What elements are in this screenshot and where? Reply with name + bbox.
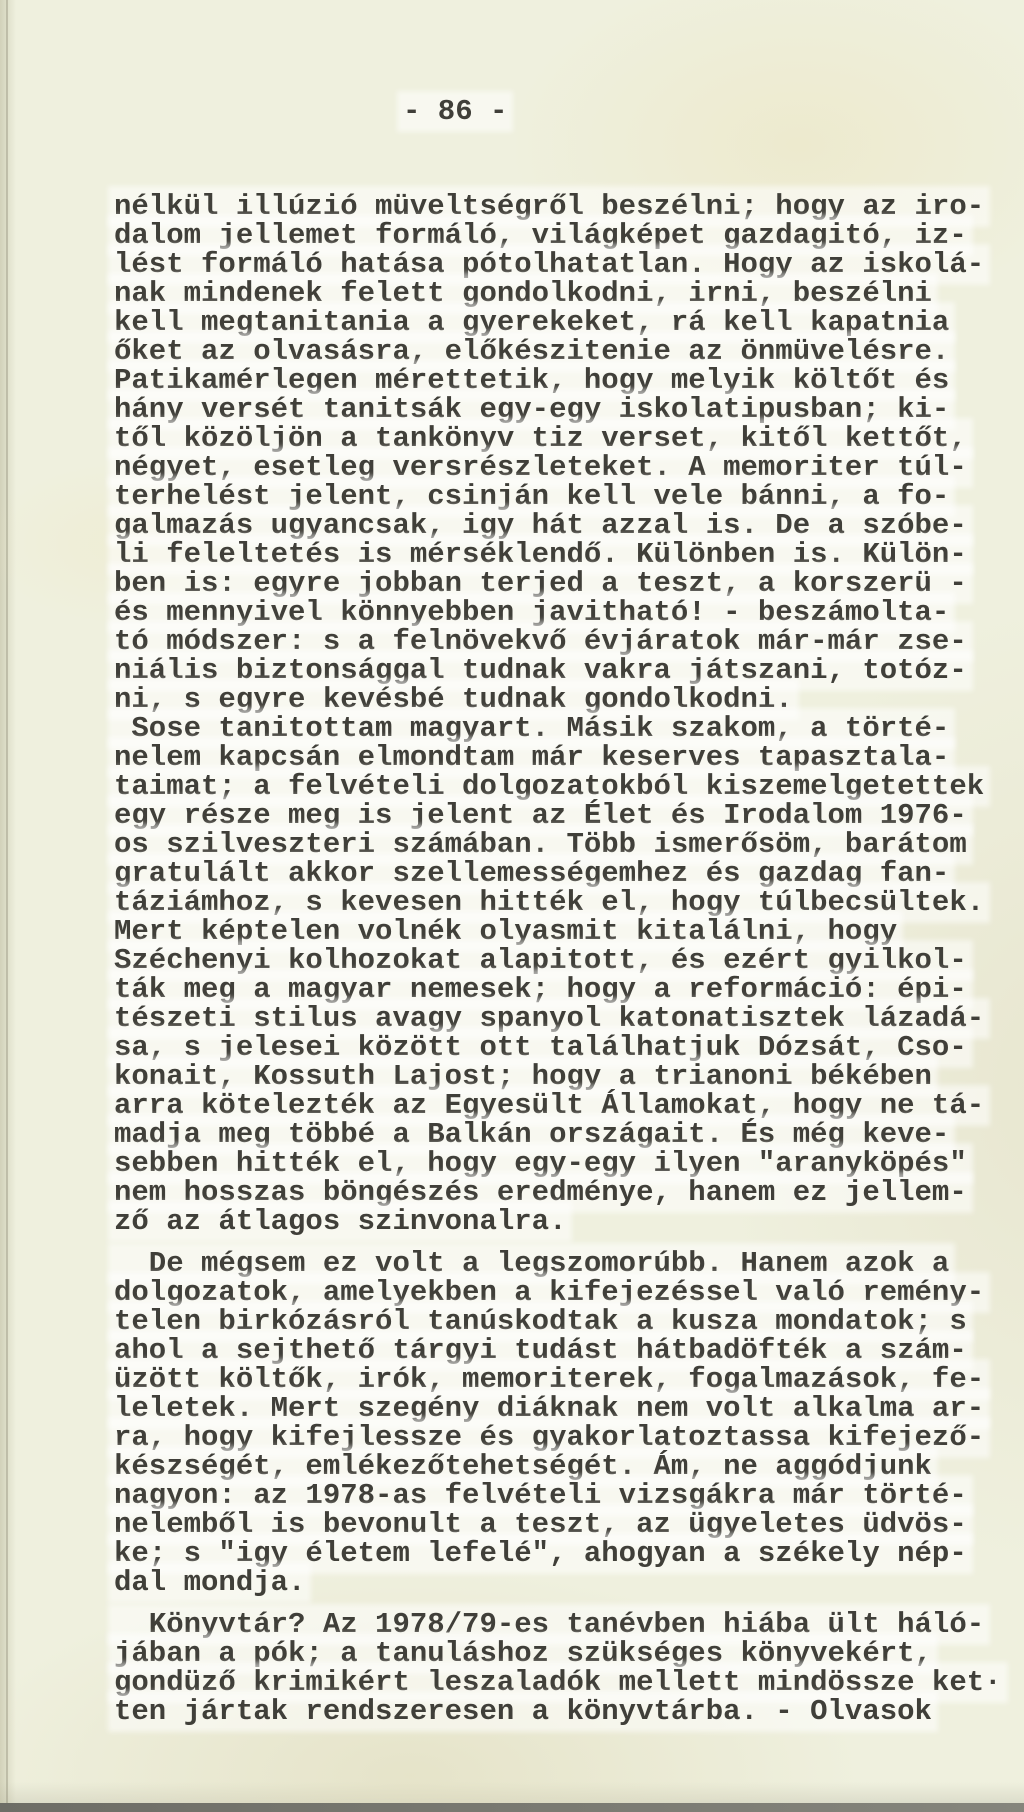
- text-line: nak mindenek felett gondolkodni, irni, b…: [112, 279, 1004, 308]
- text-line: madja meg többé a Balkán országait. És m…: [112, 1120, 1004, 1149]
- text-line: dalom jellemet formáló, világképet gazda…: [112, 221, 1004, 250]
- text-line-content: ten jártak rendszeresen a könyvtárba. - …: [112, 1695, 934, 1728]
- text-line: Mert képtelen volnék olyasmit kitalálni,…: [112, 917, 1004, 946]
- text-line: gratulált akkor szellemességemhez és gaz…: [112, 859, 1004, 888]
- paragraph: De mégsem ez volt a legszomorúbb. Hanem …: [112, 1249, 1004, 1597]
- text-line: taimat; a felvételi dolgozatokból kiszem…: [112, 772, 1004, 801]
- text-line: ra, hogy kifejlessze és gyakorlatoztassa…: [112, 1423, 1004, 1452]
- text-line: dal mondja.: [112, 1568, 1004, 1597]
- text-line: négyet, esetleg versrészleteket. A memor…: [112, 453, 1004, 482]
- text-line: ták meg a magyar nemesek; hogy a reformá…: [112, 975, 1004, 1004]
- text-line: től közöljön a tankönyv tiz verset, kitő…: [112, 424, 1004, 453]
- text-line: galmazás ugyancsak, igy hát azzal is. De…: [112, 511, 1004, 540]
- text-line: li feleltetés is mérséklendő. Különben i…: [112, 540, 1004, 569]
- text-line: egy része meg is jelent az Élet és Iroda…: [112, 801, 1004, 830]
- text-line: nagyon: az 1978-as felvételi vizsgákra m…: [112, 1481, 1004, 1510]
- text-line: De mégsem ez volt a legszomorúbb. Hanem …: [112, 1249, 1004, 1278]
- text-line: nelem kapcsán elmondtam már keserves tap…: [112, 743, 1004, 772]
- text-line: ni, s egyre kevésbé tudnak gondolkodni.: [112, 685, 1004, 714]
- text-line: hány versét tanitsák egy-egy iskolatipus…: [112, 395, 1004, 424]
- text-line: tészeti stilus avagy spanyol katonatiszt…: [112, 1004, 1004, 1033]
- page-number-label: - 86 -: [401, 95, 509, 128]
- text-line: gondüző krimikért leszaladók mellett min…: [112, 1668, 1004, 1697]
- text-line: Patikamérlegen mérettetik, hogy melyik k…: [112, 366, 1004, 395]
- text-line: őket az olvasásra, előkészitenie az önmü…: [112, 337, 1004, 366]
- text-line: nem hosszas böngészés eredménye, hanem e…: [112, 1178, 1004, 1207]
- text-line: arra kötelezték az Egyesült Államokat, h…: [112, 1091, 1004, 1120]
- text-line: lést formáló hatása pótolhatatlan. Hogy …: [112, 250, 1004, 279]
- text-line: ben is: egyre jobban terjed a teszt, a k…: [112, 569, 1004, 598]
- text-line: Sose tanitottam magyart. Másik szakom, a…: [112, 714, 1004, 743]
- text-line: ahol a sejthető tárgyi tudást hátbadöfté…: [112, 1336, 1004, 1365]
- text-line: konait, Kossuth Lajost; hogy a trianoni …: [112, 1062, 1004, 1091]
- paragraph: Könyvtár? Az 1978/79-es tanévben hiába ü…: [112, 1610, 1004, 1726]
- text-line: sebben hitték el, hogy egy-egy ilyen "ar…: [112, 1149, 1004, 1178]
- text-line: jában a pók; a tanuláshoz szükséges köny…: [112, 1639, 1004, 1668]
- text-line: sa, s jelesei között ott találhatjuk Dóz…: [112, 1033, 1004, 1062]
- text-line: ző az átlagos szinvonalra.: [112, 1207, 1004, 1236]
- scanned-page: - 86 - nélkül illúzió müveltségről beszé…: [0, 0, 1024, 1812]
- text-line: tó módszer: s a felnövekvő évjáratok már…: [112, 627, 1004, 656]
- text-line: nélkül illúzió müveltségről beszélni; ho…: [112, 192, 1004, 221]
- text-line: készségét, emlékezőtehetségét. Ám, ne ag…: [112, 1452, 1004, 1481]
- text-line: ke; s "igy életem lefelé", ahogyan a szé…: [112, 1539, 1004, 1568]
- text-line-content: ző az átlagos szinvonalra.: [112, 1205, 568, 1238]
- page-number: - 86 -: [401, 97, 509, 126]
- text-line: leletek. Mert szegény diáknak nem volt a…: [112, 1394, 1004, 1423]
- text-line: terhelést jelent, csinján kell vele bánn…: [112, 482, 1004, 511]
- body-text: nélkül illúzió müveltségről beszélni; ho…: [112, 192, 1004, 1726]
- text-line: ten jártak rendszeresen a könyvtárba. - …: [112, 1697, 1004, 1726]
- text-line: nelemből is bevonult a teszt, az ügyelet…: [112, 1510, 1004, 1539]
- paragraph: nélkül illúzió müveltségről beszélni; ho…: [112, 192, 1004, 1236]
- text-line: és mennyivel könnyebben javitható! - bes…: [112, 598, 1004, 627]
- text-line: Széchenyi kolhozokat alapitott, és ezért…: [112, 946, 1004, 975]
- text-line: Könyvtár? Az 1978/79-es tanévben hiába ü…: [112, 1610, 1004, 1639]
- text-line: táziámhoz, s kevesen hitték el, hogy túl…: [112, 888, 1004, 917]
- text-line: dolgozatok, amelyekben a kifejezéssel va…: [112, 1278, 1004, 1307]
- text-line-content: dal mondja.: [112, 1566, 307, 1599]
- text-line: kell megtanitania a gyerekeket, rá kell …: [112, 308, 1004, 337]
- text-line: niális biztonsággal tudnak vakra játszan…: [112, 656, 1004, 685]
- text-line: telen birkózásról tanúskodtak a kusza mo…: [112, 1307, 1004, 1336]
- text-line: os szilveszteri számában. Több ismerősöm…: [112, 830, 1004, 859]
- text-line: üzött költők, irók, memoriterek, fogalma…: [112, 1365, 1004, 1394]
